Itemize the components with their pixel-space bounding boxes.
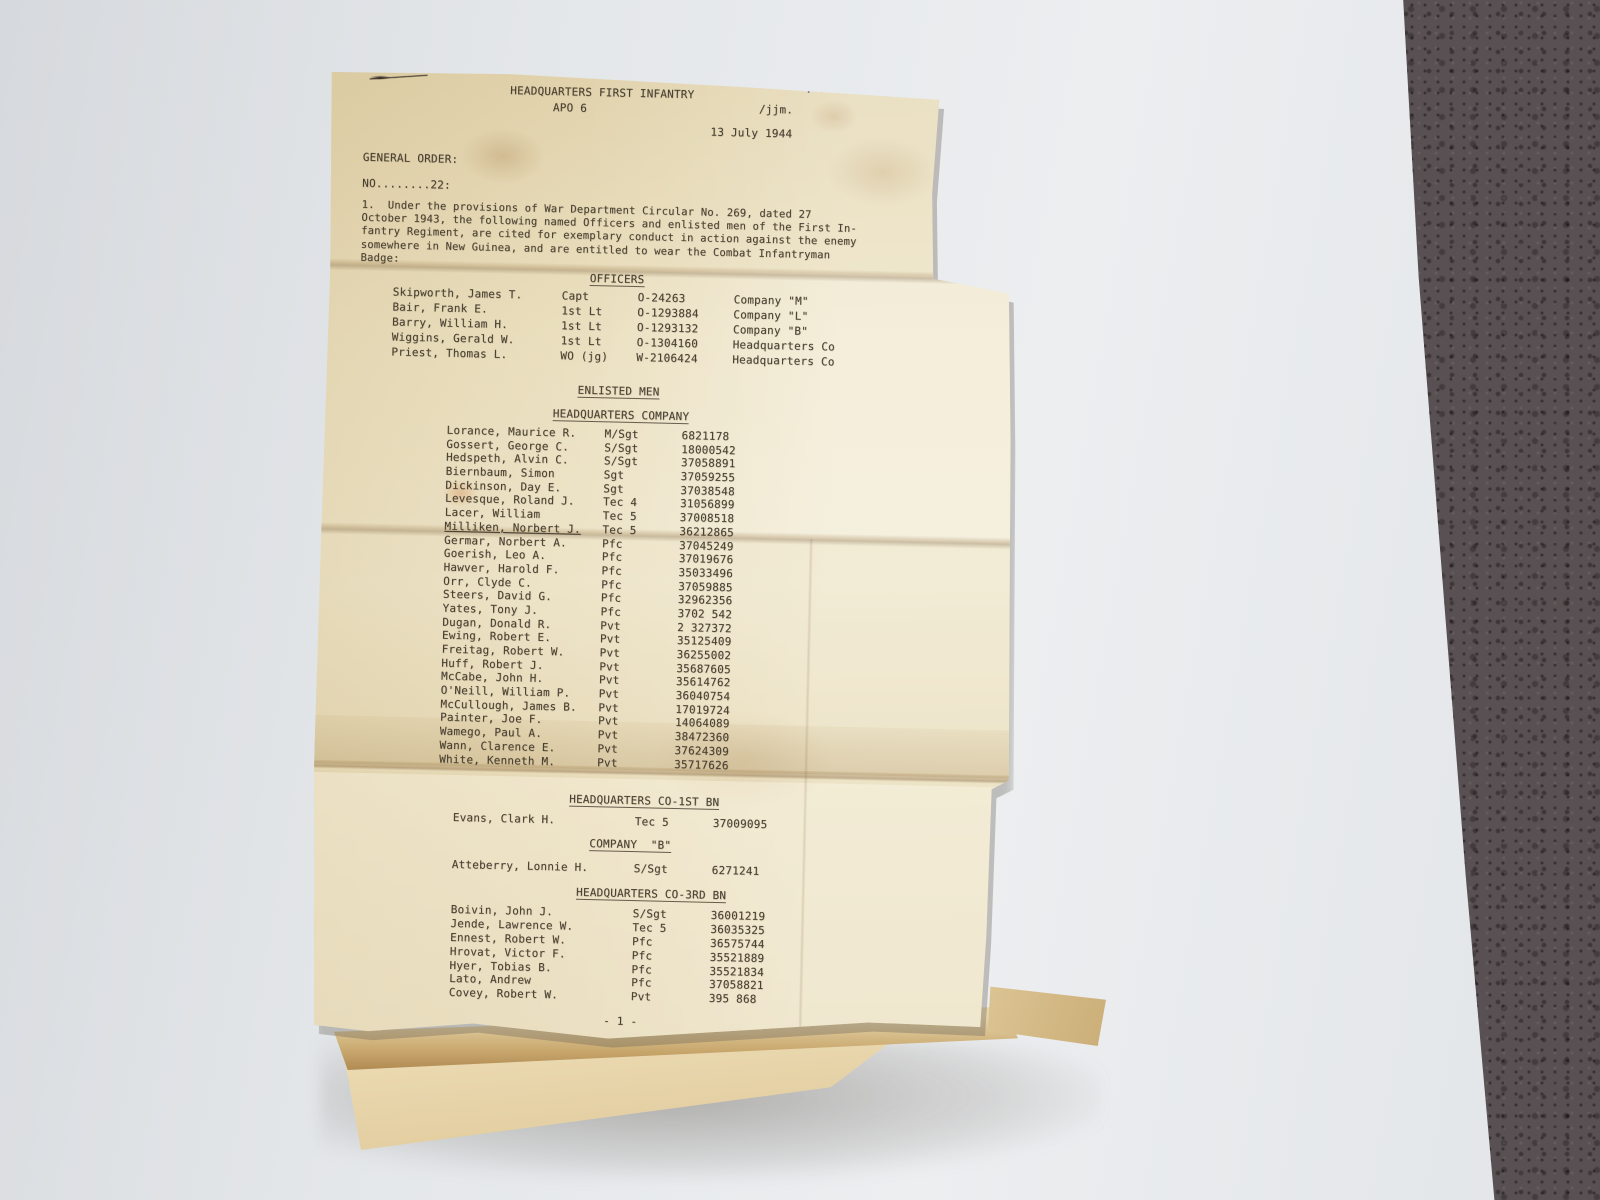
order-number: NO........22: [362,177,451,192]
hq-co-3rd-bn-roster: Boivin, John J. S/Sgt 36001219 Jende, La… [449,903,766,1007]
dark-textured-surface [1395,0,1600,1200]
apo-line: APO 6 [553,101,587,115]
general-order-label: GENERAL ORDER: [363,151,459,166]
document-date: 13 July 1944 [710,126,792,141]
officers-heading: OFFICERS [590,272,645,287]
handwritten-annotation: PVT. MARTIN [807,73,919,96]
enlisted-men-heading: ENLISTED MEN [577,384,659,400]
headquarters-company-roster: Lorance, Maurice R. M/Sgt 6821178 Gosser… [439,424,736,773]
document-sheet: HEADQUARTERS FIRST INFANTRY APO 6 /jjm. … [308,60,1025,1064]
typist-initials: /jjm. [759,103,793,117]
document-title: HEADQUARTERS FIRST INFANTRY [510,84,694,101]
officers-table: Skipworth, James T. Capt O-24263 Company… [391,285,836,370]
order-paragraph: 1. Under the provisions of War Departmen… [360,199,857,276]
company-b-heading: COMPANY "B" [589,837,671,853]
pen-scribble-mark [370,73,428,81]
page-number: - 1 - [603,1014,637,1028]
